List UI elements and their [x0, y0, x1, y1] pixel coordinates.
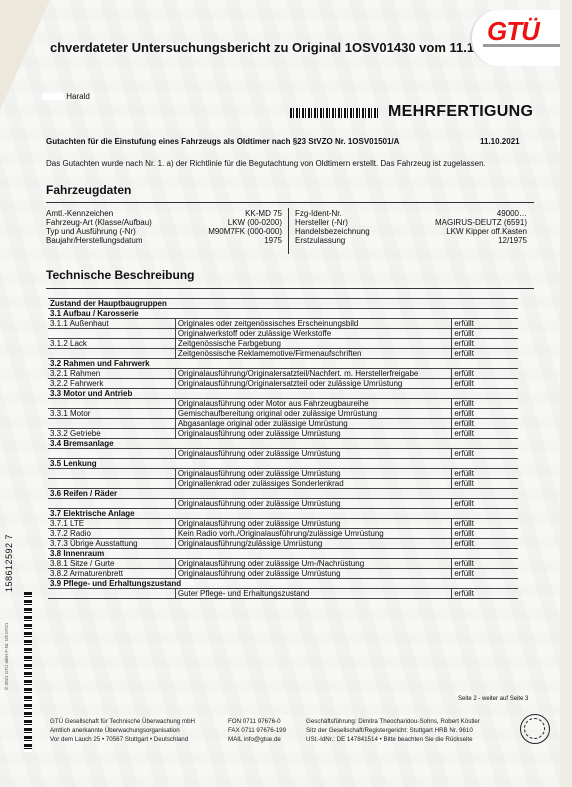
part-label: [48, 469, 175, 479]
part-label: 3.1.1 Außenhaut: [48, 319, 175, 329]
criterion-text: Originalausführung oder zulässige Um-/Na…: [175, 559, 452, 569]
document-title: chverdateter Untersuchungsbericht zu Ori…: [50, 40, 514, 55]
part-label: 3.7.1 LTE: [48, 519, 175, 529]
footer-company: GTÜ Gesellschaft für Technische Überwach…: [50, 717, 195, 744]
customer-first-name: Harald: [66, 92, 90, 101]
page-edge: [560, 0, 572, 787]
table-row: Originalausführung oder zulässige Umrüst…: [48, 449, 518, 459]
vehicle-field: HandelsbezeichnungLKW Kipper off.Kasten: [295, 227, 527, 236]
part-label: [48, 349, 175, 359]
document-page: chverdateter Untersuchungsbericht zu Ori…: [0, 0, 560, 787]
criterion-text: Originalausführung oder zulässige Umrüst…: [175, 469, 452, 479]
copy-label: MEHRFERTIGUNG: [388, 103, 533, 121]
group-row: 3.9 Pflege- und Erhaltungszustand: [48, 579, 518, 589]
vehicle-field: Baujahr/Herstellungsdatum1975: [46, 236, 282, 245]
result-status: erfüllt: [452, 329, 518, 339]
part-label: [48, 479, 175, 489]
seal-icon: [520, 714, 550, 744]
criterion-text: Originalausführung oder zulässige Umrüst…: [175, 429, 452, 439]
table-row: 3.2.2 FahrwerkOriginalausführung/Origina…: [48, 379, 518, 389]
result-status: erfüllt: [452, 449, 518, 459]
logo-underline: [483, 44, 569, 47]
table-row: 3.2.1 RahmenOriginalausführung/Originale…: [48, 369, 518, 379]
side-form-code: © 2021 GTÜ mbH F-Nr. 1/8 07/21: [4, 590, 9, 690]
result-status: erfüllt: [452, 429, 518, 439]
result-status: erfüllt: [452, 399, 518, 409]
footer-mail[interactable]: MAIL info@gtue.de: [228, 735, 286, 744]
part-label: 3.8.2 Armaturenbrett: [48, 569, 175, 579]
group-label: 3.8 Innenraum: [48, 549, 518, 559]
part-label: 3.7.2 Radio: [48, 529, 175, 539]
table-row: 3.8.1 Sitze / GurteOriginalausführung od…: [48, 559, 518, 569]
group-row: 3.8 Innenraum: [48, 549, 518, 559]
criterion-text: Originallenkrad oder zulässiges Sonderle…: [175, 479, 452, 489]
result-status: erfüllt: [452, 589, 518, 599]
field-value: MAGIRUS-DEUTZ (6591): [435, 218, 527, 227]
table-row: 3.3.1 MotorGemischaufbereitung original …: [48, 409, 518, 419]
criterion-text: Gemischaufbereitung original oder zuläss…: [175, 409, 452, 419]
result-status: erfüllt: [452, 519, 518, 529]
field-label: Fahrzeug-Art (Klasse/Aufbau): [46, 218, 152, 227]
report-intro: Das Gutachten wurde nach Nr. 1. a) der R…: [46, 159, 486, 168]
table-row: 3.7.3 Übrige AusstattungOriginalausführu…: [48, 539, 518, 549]
field-label: Handelsbezeichnung: [295, 227, 370, 236]
part-label: 3.3.2 Getriebe: [48, 429, 175, 439]
technical-table: Zustand der Hauptbaugruppen 3.1 Aufbau /…: [48, 298, 518, 599]
field-value: M90M7FK (000-000): [208, 227, 282, 236]
logo-text: GTÜ: [487, 16, 539, 47]
field-label: Fzg-Ident-Nr.: [295, 209, 342, 218]
group-label: 3.5 Lenkung: [48, 459, 518, 469]
group-label: 3.6 Reifen / Räder: [48, 489, 518, 499]
side-number: 158612592 7: [4, 534, 14, 592]
group-row: 3.2 Rahmen und Fahrwerk: [48, 359, 518, 369]
table-row: 3.7.2 RadioKein Radio vorh./Originalausf…: [48, 529, 518, 539]
part-label: [48, 449, 175, 459]
table-row: Guter Pflege- und Erhaltungszustanderfül…: [48, 589, 518, 599]
part-label: 3.7.3 Übrige Ausstattung: [48, 539, 175, 549]
part-label: 3.3.1 Motor: [48, 409, 175, 419]
table-row: Originalwerkstoff oder zulässige Werksto…: [48, 329, 518, 339]
field-value: 1975: [264, 236, 282, 245]
result-status: erfüllt: [452, 339, 518, 349]
table-row: Originalausführung oder zulässige Umrüst…: [48, 499, 518, 509]
field-label: Erstzulassung: [295, 236, 345, 245]
vehicle-heading: Fahrzeugdaten: [46, 183, 131, 197]
criterion-text: Originalwerkstoff oder zulässige Werksto…: [175, 329, 452, 339]
group-label: 3.3 Motor und Antrieb: [48, 389, 518, 399]
part-label: [48, 419, 175, 429]
vehicle-data-left: Amtl.-KennzeichenKK-MD 75Fahrzeug-Art (K…: [46, 209, 282, 245]
vehicle-field: Erstzulassung12/1975: [295, 236, 527, 245]
result-status: erfüllt: [452, 529, 518, 539]
criterion-text: Originalausführung oder zulässige Umrüst…: [175, 499, 452, 509]
part-label: 3.2.1 Rahmen: [48, 369, 175, 379]
vehicle-field: Amtl.-KennzeichenKK-MD 75: [46, 209, 282, 218]
part-label: [48, 499, 175, 509]
part-label: [48, 399, 175, 409]
field-label: Amtl.-Kennzeichen: [46, 209, 113, 218]
part-label: 3.2.2 Fahrwerk: [48, 379, 175, 389]
table-row: Abgasanlage original oder zulässige Umrü…: [48, 419, 518, 429]
result-status: erfüllt: [452, 569, 518, 579]
redaction-box: [42, 93, 64, 100]
footer-contact: FON 0711 97676-0 FAX 0711 97676-199 MAIL…: [228, 717, 286, 744]
criterion-text: Kein Radio vorh./Originalausführung/zulä…: [175, 529, 452, 539]
criterion-text: Zeitgenössische Reklamemotive/Firmenaufs…: [175, 349, 452, 359]
footer-company-line: Vor dem Lauch 25 • 70567 Stuttgart • Deu…: [50, 735, 195, 744]
table-row: 3.1.2 LackZeitgenössische Farbgebungerfü…: [48, 339, 518, 349]
report-heading: Gutachten für die Einstufung eines Fahrz…: [46, 137, 399, 146]
customer-name: Harald: [42, 92, 90, 101]
result-status: erfüllt: [452, 539, 518, 549]
footer-fax: FAX 0711 97676-199: [228, 726, 286, 735]
criterion-text: Originalausführung/Originalersatzteil od…: [175, 379, 452, 389]
result-status: erfüllt: [452, 409, 518, 419]
vehicle-field: Typ und Ausführung (-Nr)M90M7FK (000-000…: [46, 227, 282, 236]
result-status: erfüllt: [452, 379, 518, 389]
table-title: Zustand der Hauptbaugruppen: [48, 299, 518, 309]
technical-heading: Technische Beschreibung: [46, 268, 194, 282]
group-row: 3.7 Elektrische Anlage: [48, 509, 518, 519]
footer-phone: FON 0711 97676-0: [228, 717, 286, 726]
gtue-logo: GTÜ: [487, 22, 567, 48]
report-date: 11.10.2021: [480, 137, 520, 146]
criterion-text: Guter Pflege- und Erhaltungszustand: [175, 589, 452, 599]
table-row: Originallenkrad oder zulässiges Sonderle…: [48, 479, 518, 489]
part-label: 3.8.1 Sitze / Gurte: [48, 559, 175, 569]
criterion-text: Zeitgenössische Farbgebung: [175, 339, 452, 349]
result-status: erfüllt: [452, 319, 518, 329]
group-row: 3.3 Motor und Antrieb: [48, 389, 518, 399]
vehicle-data-right: Fzg-Ident-Nr.49000…Hersteller (-Nr)MAGIR…: [295, 209, 527, 245]
part-label: [48, 329, 175, 339]
group-label: 3.9 Pflege- und Erhaltungszustand: [48, 579, 518, 589]
group-label: 3.7 Elektrische Anlage: [48, 509, 518, 519]
field-label: Typ und Ausführung (-Nr): [46, 227, 136, 236]
table-row: 3.8.2 ArmaturenbrettOriginalausführung o…: [48, 569, 518, 579]
vehicle-divider: [288, 208, 289, 254]
criterion-text: Originalausführung/zulässige Umrüstung: [175, 539, 452, 549]
group-label: 3.4 Bremsanlage: [48, 439, 518, 449]
group-label: 3.1 Aufbau / Karosserie: [48, 309, 518, 319]
table-row: 3.1.1 AußenhautOriginales oder zeitgenös…: [48, 319, 518, 329]
vehicle-rule: [46, 202, 534, 203]
barcode-top: [290, 108, 378, 118]
page-info: Seite 2 - weiter auf Seite 3: [458, 696, 528, 702]
result-status: erfüllt: [452, 559, 518, 569]
vehicle-field: Fahrzeug-Art (Klasse/Aufbau)LKW (00-0200…: [46, 218, 282, 227]
result-status: erfüllt: [452, 349, 518, 359]
footer-legal: Geschäftsführung: Dimitra Theocharidou-S…: [306, 717, 480, 744]
group-row: 3.5 Lenkung: [48, 459, 518, 469]
field-value: LKW Kipper off.Kasten: [446, 227, 527, 236]
footer-legal-line: Sitz der Gesellschaft/Registergericht: S…: [306, 726, 480, 735]
table-row: Zeitgenössische Reklamemotive/Firmenaufs…: [48, 349, 518, 359]
criterion-text: Originales oder zeitgenössisches Erschei…: [175, 319, 452, 329]
group-label: 3.2 Rahmen und Fahrwerk: [48, 359, 518, 369]
field-value: 12/1975: [498, 236, 527, 245]
criterion-text: Originalausführung oder zulässige Umrüst…: [175, 449, 452, 459]
group-row: 3.6 Reifen / Räder: [48, 489, 518, 499]
criterion-text: Originalausführung oder zulässige Umrüst…: [175, 569, 452, 579]
group-row: 3.4 Bremsanlage: [48, 439, 518, 449]
table-row: 3.3.2 GetriebeOriginalausführung oder zu…: [48, 429, 518, 439]
table-row: Originalausführung oder zulässige Umrüst…: [48, 469, 518, 479]
field-value: LKW (00-0200): [228, 218, 282, 227]
vehicle-field: Fzg-Ident-Nr.49000…: [295, 209, 527, 218]
result-status: erfüllt: [452, 419, 518, 429]
result-status: erfüllt: [452, 469, 518, 479]
field-value: 49000…: [497, 209, 527, 218]
side-barcode: [24, 592, 32, 752]
group-row: 3.1 Aufbau / Karosserie: [48, 309, 518, 319]
criterion-text: Originalausführung/Originalersatzteil/Na…: [175, 369, 452, 379]
field-label: Baujahr/Herstellungsdatum: [46, 236, 143, 245]
part-label: [48, 589, 175, 599]
footer-legal-line: USt.-IdNr.: DE 147841514 • Bitte beachte…: [306, 735, 480, 744]
table-row: Originalausführung oder Motor aus Fahrze…: [48, 399, 518, 409]
footer-company-line: GTÜ Gesellschaft für Technische Überwach…: [50, 717, 195, 726]
technical-rule: [46, 288, 534, 289]
vehicle-field: Hersteller (-Nr)MAGIRUS-DEUTZ (6591): [295, 218, 527, 227]
result-status: erfüllt: [452, 499, 518, 509]
criterion-text: Originalausführung oder Motor aus Fahrze…: [175, 399, 452, 409]
table-row: 3.7.1 LTEOriginalausführung oder zulässi…: [48, 519, 518, 529]
criterion-text: Originalausführung oder zulässige Umrüst…: [175, 519, 452, 529]
field-value: KK-MD 75: [245, 209, 282, 218]
field-label: Hersteller (-Nr): [295, 218, 348, 227]
result-status: erfüllt: [452, 479, 518, 489]
criterion-text: Abgasanlage original oder zulässige Umrü…: [175, 419, 452, 429]
part-label: 3.1.2 Lack: [48, 339, 175, 349]
result-status: erfüllt: [452, 369, 518, 379]
footer-legal-line: Geschäftsführung: Dimitra Theocharidou-S…: [306, 717, 480, 726]
footer-company-line: Amtlich anerkannte Überwachungsorganisat…: [50, 726, 195, 735]
